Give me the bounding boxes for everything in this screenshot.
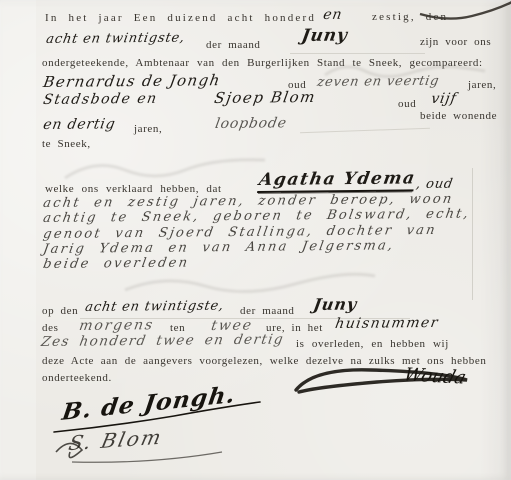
- handwritten-deceased-name: Agatha Ydema: [257, 168, 417, 193]
- handwritten-oud-3: , oud: [415, 177, 454, 192]
- handwritten-parents-line: Jarig Ydema en van Anna Jelgersma,: [42, 238, 396, 257]
- signature-official: Wouda: [401, 364, 468, 388]
- handwritten-witness2-name: Sjoep Blom: [213, 88, 317, 107]
- handwritten-day: acht en twintigste,: [45, 31, 186, 47]
- margin-rule-line: [472, 168, 473, 300]
- printed-zijn-voor-ons: zijn voor ons: [420, 36, 491, 48]
- witness2-signature-flourish: [52, 430, 232, 466]
- printed-jaren-1: jaren,: [468, 79, 496, 91]
- printed-te-sneek: te Sneek,: [42, 138, 91, 150]
- handwritten-time-of-day: morgens: [78, 317, 155, 334]
- printed-der-maand: der maand: [206, 39, 261, 51]
- handwritten-en: en: [322, 7, 344, 23]
- handwritten-witness2-age-tens: en dertig: [42, 116, 117, 133]
- printed-year-end: zestig, den: [372, 11, 448, 23]
- printed-des: des: [42, 322, 58, 334]
- handwritten-month: Juny: [300, 26, 349, 46]
- form-rule-line: [290, 53, 425, 54]
- handwritten-house-number: Zes honderd twee en dertig: [40, 331, 285, 350]
- handwritten-witness2-age-units: vijf: [430, 91, 458, 107]
- printed-year-intro: In het jaar Een duizend acht honderd: [45, 12, 316, 24]
- printed-der-maand-2: der maand: [240, 305, 295, 317]
- printed-onderteekend: onderteekend.: [42, 372, 112, 384]
- printed-beide-wonende: beide wonende: [420, 110, 497, 122]
- handwritten-death-day: acht en twintigste,: [84, 299, 225, 315]
- handwritten-witness1-name: Bernardus de Jongh: [42, 71, 222, 91]
- printed-is-overleden: is overleden, en hebben wij: [296, 338, 449, 350]
- handwritten-witness1-occupation: Stadsbode en: [42, 91, 159, 108]
- form-rule-line: [300, 128, 430, 134]
- handwritten-beide-overleden: beide overleden: [42, 255, 190, 272]
- printed-op-den: op den: [42, 305, 78, 317]
- printed-jaren-2: jaren,: [134, 123, 162, 135]
- handwritten-death-month: Juny: [312, 295, 359, 314]
- handwritten-huisnummer: huisnummer: [334, 315, 440, 332]
- printed-oud-2: oud: [398, 98, 416, 110]
- death-certificate-page: In het jaar Een duizend acht honderd en …: [0, 0, 511, 480]
- printed-declaration-intro: welke ons verklaard hebben, dat: [45, 183, 222, 195]
- handwritten-witness1-age: zeven en veertig: [316, 74, 440, 90]
- printed-registrar-line: ondergeteekende, Ambtenaar van den Burge…: [42, 57, 483, 69]
- handwritten-witness2-occupation: loopbode: [214, 115, 288, 132]
